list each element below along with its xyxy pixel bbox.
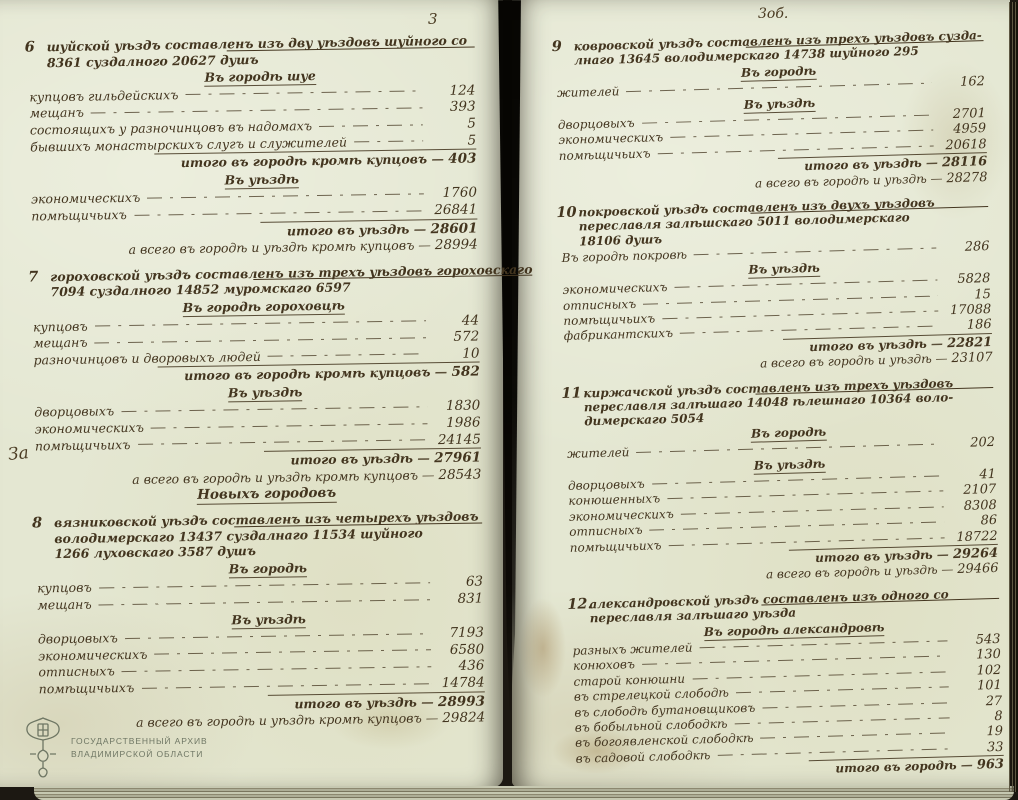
dash-separator: — — [922, 156, 943, 171]
row-label: помѣщичьихъ — [35, 437, 131, 454]
leader-dashes — [760, 732, 950, 739]
leader-dashes — [734, 717, 949, 725]
row-value: 63 — [437, 575, 483, 591]
row-label: фабрикантскихъ — [564, 326, 674, 343]
leader-dashes — [657, 145, 933, 155]
row-value: 27 — [956, 695, 1002, 711]
row-label: отписныхъ — [563, 296, 637, 312]
total-label: итого въ уѣздѣ — [290, 451, 413, 468]
archive-stamp-line1: ГОСУДАРСТВЕННЫЙ АРХИВ — [71, 735, 208, 748]
leader-dashes — [95, 337, 427, 344]
row-value: 17088 — [945, 303, 991, 319]
row-label: мещанъ — [30, 105, 85, 121]
row-label: купцовъ — [37, 580, 92, 596]
margin-mark: За — [7, 443, 30, 465]
leader-dashes — [636, 443, 942, 454]
row-value: 26841 — [431, 202, 477, 218]
dash-separator: — — [932, 351, 952, 366]
archive-stamp-line2: ВЛАДИМИРСКОЙ ОБЛАСТИ — [71, 748, 208, 761]
row-value: 130 — [955, 648, 1001, 664]
total-label: итого въ уѣздѣ — [804, 156, 922, 173]
leader-dashes — [668, 537, 944, 547]
archive-stamp: ГОСУДАРСТВЕННЫЙ АРХИВ ВЛАДИМИРСКОЙ ОБЛАС… — [24, 716, 208, 780]
leader-dashes — [736, 686, 949, 694]
leader-dashes — [667, 490, 943, 500]
section-header: 8вязниковской уѣздъ составленъ изъ четыр… — [32, 508, 483, 562]
leader-dashes — [99, 582, 430, 589]
row-label: мещанъ — [33, 335, 88, 351]
row-value: 102 — [955, 664, 1001, 680]
total-value: 28543 — [438, 466, 481, 483]
leader-dashes — [137, 439, 427, 446]
row-value: 2107 — [950, 483, 996, 499]
total-label: итого въ городѣ кромѣ купцовъ — [181, 151, 427, 170]
total-value: 23107 — [951, 350, 993, 366]
census-section: 9ковровской уѣздъ составленъ изъ трехъ у… — [552, 28, 988, 197]
section-number: 10 — [556, 206, 579, 250]
row-value: 24145 — [435, 432, 481, 448]
leader-dashes — [652, 475, 943, 485]
leader-dashes — [681, 506, 944, 515]
leader-dashes — [354, 140, 423, 143]
leader-dashes — [674, 279, 937, 288]
census-section: 11киржачской уѣздъ составленъ изъ трехъ … — [561, 375, 998, 589]
row-value: 8 — [956, 710, 1002, 726]
dash-separator: — — [430, 364, 451, 379]
leader-dashes — [95, 320, 426, 327]
row-value: 33 — [957, 741, 1003, 757]
leader-dashes — [642, 114, 933, 124]
subheading-text: Въ городѣ гороховцѣ — [182, 297, 344, 317]
row-value: 7193 — [438, 626, 484, 642]
folio-number-left: 3 — [428, 10, 438, 28]
row-label: мещанъ — [37, 597, 92, 613]
row-value: 10 — [433, 346, 479, 362]
row-label: Въ городѣ покровѣ — [561, 248, 687, 266]
total-value: 29466 — [957, 561, 999, 577]
row-label: купцовъ гильдейскихъ — [29, 87, 178, 105]
total-value: 22821 — [947, 335, 992, 351]
total-label: итого въ городѣ — [835, 758, 957, 775]
total-value: 28993 — [438, 693, 485, 710]
total-value: 29824 — [442, 710, 485, 727]
leader-dashes — [122, 666, 432, 673]
dash-separator: — — [417, 694, 438, 709]
row-label: дворцовыхъ — [558, 116, 635, 133]
row-value: 14784 — [439, 675, 485, 691]
leader-dashes — [643, 295, 938, 305]
leader-dashes — [134, 210, 424, 217]
total-label: итого въ уѣздѣ — [294, 694, 417, 711]
row-label: конюховъ — [573, 658, 635, 674]
section-header-lines: гороховской уѣздъ составленъ изъ трехъ у… — [50, 261, 533, 300]
subheading-text: Въ уѣздѣ — [231, 611, 306, 629]
total-value: 27961 — [434, 450, 481, 467]
total-value: 29264 — [953, 546, 998, 562]
section-header-lines: шуйской уѣздъ составленъ изъ дву уѣздовъ… — [47, 33, 475, 71]
row-label: дворцовыхъ — [38, 630, 118, 647]
archive-stamp-text: ГОСУДАРСТВЕННЫЙ АРХИВ ВЛАДИМИРСКОЙ ОБЛАС… — [71, 735, 208, 761]
section-number: 11 — [561, 386, 584, 430]
row-label: помѣщичьихъ — [31, 207, 127, 224]
section-header-lines: вязниковской уѣздъ составленъ изъ четыре… — [54, 508, 483, 561]
row-value: 6580 — [438, 642, 484, 658]
row-value: 4959 — [940, 123, 986, 139]
row-value: 44 — [433, 313, 479, 329]
leader-dashes — [99, 599, 431, 606]
row-label: экономическихъ — [558, 131, 663, 148]
row-value: 41 — [950, 468, 996, 484]
row-value: 572 — [433, 330, 479, 346]
row-value: 286 — [943, 240, 989, 256]
row-value: 1760 — [431, 186, 477, 202]
subheading-text: Въ городѣ шуе — [204, 68, 316, 87]
total-label: а всего въ городѣ и уѣздѣ кромѣ купцовъ — [128, 238, 414, 257]
total-label: а всего въ городѣ и уѣздѣ кромѣ купцовъ — [132, 467, 418, 486]
section-header: 7гороховской уѣздъ составленъ изъ трехъ … — [28, 262, 478, 300]
row-value: 1986 — [434, 416, 480, 432]
row-label: жителей — [557, 85, 620, 101]
leader-dashes — [670, 130, 933, 139]
total-value: 963 — [977, 757, 1004, 773]
leader-dashes — [762, 702, 949, 709]
row-value: 2701 — [940, 107, 986, 123]
leader-dashes — [151, 423, 428, 429]
row-value: 162 — [939, 75, 985, 91]
row-label: конюшенныхъ — [568, 492, 660, 509]
subheading-text: Въ городѣ — [229, 560, 308, 578]
leader-dashes — [121, 406, 427, 413]
subheading-text: Въ уѣздѣ — [754, 456, 826, 474]
row-value: 8308 — [951, 499, 997, 515]
leader-dashes — [700, 640, 948, 649]
row-label: купцовъ — [33, 318, 88, 334]
right-page-text: 9ковровской уѣздъ составленъ изъ трехъ у… — [552, 28, 1005, 793]
row-label: дворцовыхъ — [34, 404, 114, 421]
dash-separator: — — [409, 221, 430, 236]
total-label: итого въ уѣздѣ — [815, 548, 933, 565]
leader-dashes — [649, 521, 944, 531]
leader-dashes — [662, 310, 938, 320]
leader-dashes — [125, 633, 431, 640]
subheading-text: Въ уѣздѣ — [748, 260, 820, 278]
dash-separator: — — [927, 336, 948, 351]
section-number: 8 — [32, 515, 55, 562]
row-value: 19 — [957, 725, 1003, 741]
row-value: 18722 — [951, 530, 997, 546]
subheading-text: Въ городѣ — [741, 64, 817, 82]
leader-dashes — [694, 247, 937, 256]
leader-dashes — [141, 683, 431, 690]
section-number: 12. — [567, 597, 590, 626]
row-value: 5828 — [944, 272, 990, 288]
leader-dashes — [626, 82, 932, 93]
row-label: отписныхъ — [569, 523, 643, 539]
leader-dashes — [185, 90, 422, 96]
total-value: 28601 — [430, 220, 477, 237]
subheading-text: Въ уѣздѣ — [228, 384, 303, 402]
row-label: дворцовыхъ — [568, 477, 645, 494]
row-value: 15 — [945, 288, 991, 304]
row-label: экономическихъ — [38, 647, 147, 664]
leader-dashes — [268, 353, 427, 357]
leader-dashes — [692, 671, 948, 680]
total-value: 28278 — [946, 170, 988, 186]
row-value: 5 — [430, 133, 476, 149]
row-value: 543 — [954, 633, 1000, 649]
row-value: 101 — [956, 679, 1002, 695]
subheading-text: Новыхъ городовъ — [197, 485, 336, 505]
row-value: 5 — [430, 116, 476, 132]
total-value: 28116 — [942, 154, 987, 170]
row-value: 124 — [429, 83, 475, 99]
row-label: помѣщичьихъ — [39, 680, 135, 697]
subheading-text: Въ городѣ — [751, 424, 827, 442]
left-page-text: 6шуйской уѣздъ составленъ изъ дву уѣздов… — [25, 33, 486, 743]
row-label: экономическихъ — [562, 280, 667, 297]
dash-separator: — — [418, 467, 439, 482]
row-label: жителей — [567, 445, 630, 461]
census-section: 7гороховской уѣздъ составленъ изъ трехъ … — [28, 262, 482, 506]
row-value: 86 — [951, 514, 997, 530]
row-value: 20618 — [940, 138, 986, 154]
row-label: помѣщичьихъ — [559, 146, 651, 163]
dash-separator: — — [932, 547, 953, 562]
total-label: итого въ уѣздѣ — [809, 337, 927, 354]
row-value: 186 — [946, 318, 992, 334]
page-stack-edge-bottom — [34, 786, 1014, 800]
leader-dashes — [319, 124, 423, 128]
census-section: 10покровской уѣздъ составленъ изъ двухъ … — [556, 194, 993, 377]
dash-separator: — — [422, 710, 443, 725]
leader-dashes — [91, 107, 423, 114]
census-section: 8вязниковской уѣздъ составленъ изъ четыр… — [32, 508, 485, 733]
row-value: 831 — [437, 591, 483, 607]
leader-dashes — [147, 193, 424, 199]
leader-dashes — [680, 325, 939, 334]
total-label: итого въ городѣ кромѣ купцовъ — [184, 365, 430, 384]
row-value: 1830 — [434, 399, 480, 415]
folio-number-right: 3об. — [758, 6, 788, 22]
row-value: 202 — [949, 436, 995, 452]
section-number: 7 — [28, 269, 50, 301]
section-header: 6шуйской уѣздъ составленъ изъ дву уѣздов… — [25, 33, 475, 71]
dash-separator: — — [413, 450, 434, 465]
dash-separator: — — [427, 151, 448, 166]
total-value: 403 — [448, 151, 476, 167]
leader-dashes — [154, 649, 431, 655]
row-label: помѣщичьихъ — [570, 538, 662, 555]
row-label: помѣщичьихъ — [563, 311, 655, 328]
archive-emblem-icon — [24, 716, 62, 780]
census-section: 6шуйской уѣздъ составленъ изъ дву уѣздов… — [25, 33, 478, 261]
section-number: 9 — [552, 40, 575, 69]
row-label: экономическихъ — [569, 507, 674, 524]
subheading-text: Въ уѣздѣ — [224, 171, 299, 189]
total-label: итого въ уѣздѣ — [287, 221, 410, 238]
dash-separator: — — [937, 562, 957, 577]
census-section: 12.александровской уѣздъ составленъ изъ … — [567, 586, 1004, 785]
subheading-text: Въ уѣздѣ — [744, 95, 816, 113]
row-value: 436 — [438, 659, 484, 675]
total-value: 582 — [451, 364, 479, 380]
total-value: 28994 — [435, 237, 478, 254]
row-label: экономическихъ — [35, 420, 144, 437]
page-stack-edge-right — [1009, 2, 1018, 792]
dash-separator: — — [927, 171, 947, 186]
row-label: отписныхъ — [38, 664, 115, 681]
section-number: 6 — [25, 39, 47, 71]
leader-dashes — [717, 748, 950, 757]
row-label: экономическихъ — [31, 190, 140, 207]
row-value: 393 — [430, 100, 476, 116]
dash-separator: — — [414, 237, 435, 252]
dash-separator: — — [956, 758, 977, 773]
